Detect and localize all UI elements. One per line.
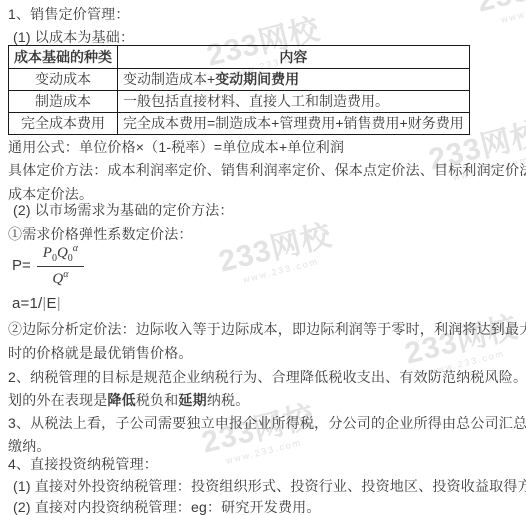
cell-cost-content: 变动制造成本+变动期间费用: [118, 69, 470, 91]
study-notes-page: 233网校 www.233.com 233网校 www.233.com 233网…: [0, 0, 526, 515]
bold-reduce-tax: 降低: [107, 392, 135, 408]
cell-text: 变动制造成本+: [123, 71, 215, 87]
tax-management-line1: 2、纳税管理的目标是规范企业纳税行为、合理降低税收支出、有效防范纳税风险。纳税筹: [8, 369, 526, 385]
outbound-investment-line: (1) 直接对外投资纳税管理：投资组织形式、投资行业、投资地区、投资收益取得方式…: [13, 478, 526, 494]
subheading-market-demand: (2) 以市场需求为基础的定价方法：: [13, 202, 234, 218]
formula-lhs: P=: [12, 257, 31, 274]
marginal-analysis-line1: ②边际分析定价法：边际收入等于边际成本，即边际利润等于零时，利润将达到最大值。此: [8, 321, 526, 337]
table-header-type: 成本基础的种类: [9, 46, 118, 69]
tax-law-line2: 缴纳。: [8, 438, 51, 454]
cell-cost-content: 一般包括直接材料、直接人工和制造费用。: [118, 91, 470, 113]
cell-text-bold: 变动期间费用: [215, 71, 299, 87]
cell-cost-type: 变动成本: [9, 69, 118, 91]
notes-content: 1、销售定价管理： (1) 以成本为基础： 成本基础的种类 内容 变动成本 变动…: [0, 0, 526, 515]
bold-defer-tax: 延期: [178, 392, 206, 408]
tax-management-line2: 划的外在表现是降低税负和延期纳税。: [8, 392, 249, 408]
elasticity-method-heading: ①需求价格弹性系数定价法：: [8, 226, 193, 242]
table-row: 制造成本 一般包括直接材料、直接人工和制造费用。: [9, 91, 470, 113]
heading-sales-pricing: 1、销售定价管理：: [8, 6, 130, 22]
formula-fraction: P0Q0α Qα: [37, 243, 84, 288]
price-elasticity-formula: P= P0Q0α Qα: [12, 243, 84, 288]
table-row: 完全成本费用 完全成本费用=制造成本+管理费用+销售费用+财务费用: [9, 113, 470, 135]
tax-law-line1: 3、从税法上看，子公司需要独立申报企业所得税，分公司的企业所得由总公司汇总计算并: [8, 415, 526, 431]
cell-cost-content: 完全成本费用=制造成本+管理费用+销售费用+财务费用: [118, 113, 470, 135]
pricing-methods-line2: 成本定价法。: [8, 186, 93, 202]
cell-cost-type: 完全成本费用: [9, 113, 118, 135]
formula-numerator: P0Q0α: [37, 243, 84, 267]
marginal-analysis-line2: 时的价格就是最优销售价格。: [8, 345, 193, 361]
subheading-cost-basis: (1) 以成本为基础：: [13, 29, 134, 45]
formula-denominator: Qα: [37, 267, 84, 288]
abs-bar: |: [57, 295, 61, 312]
heading-direct-investment: 4、直接投资纳税管理：: [8, 456, 158, 472]
cost-basis-table: 成本基础的种类 内容 变动成本 变动制造成本+变动期间费用 制造成本 一般包括直…: [8, 45, 470, 135]
general-formula-line: 通用公式：单位价格×（1-税率）=单位成本+单位利润: [8, 139, 344, 155]
table-row: 变动成本 变动制造成本+变动期间费用: [9, 69, 470, 91]
cell-cost-type: 制造成本: [9, 91, 118, 113]
elasticity-coefficient-line: a=1/|E|: [12, 296, 61, 312]
table-header-row: 成本基础的种类 内容: [9, 46, 470, 69]
inbound-investment-line: (2) 直接对内投资纳税管理：eg：研究开发费用。: [13, 499, 321, 515]
pricing-methods-line1: 具体定价方法：成本利润率定价、销售利润率定价、保本点定价法、目标利润定价法、变动: [8, 162, 526, 178]
table-header-content: 内容: [118, 46, 470, 69]
